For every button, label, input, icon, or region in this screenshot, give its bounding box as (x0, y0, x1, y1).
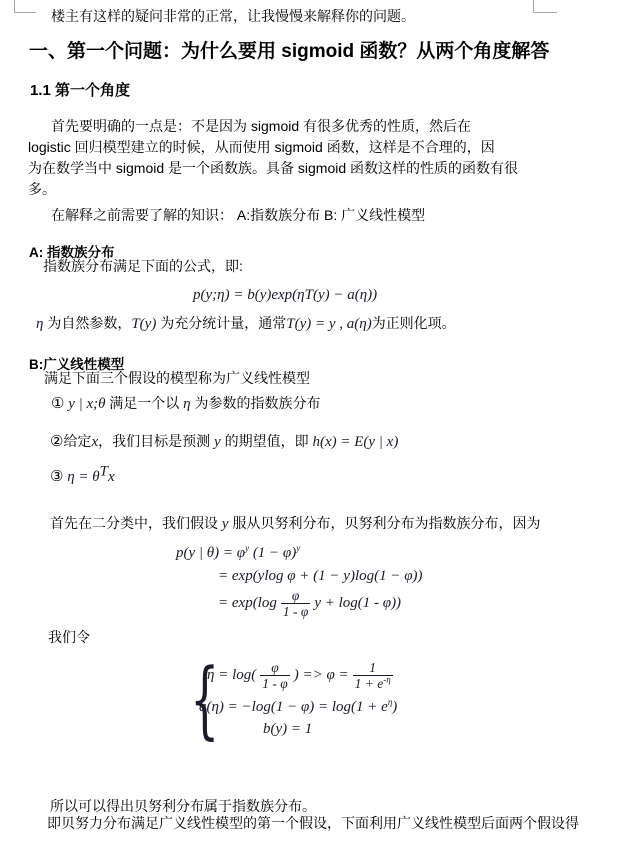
exponential-family-note: η 为自然参数，T(y) 为充分统计量，通常T(y) = y , a(η)为正则… (36, 313, 456, 335)
body-text: 服从贝努利分布，贝努利分布为指数族分布，因为 (229, 515, 541, 531)
math-inline: 1 + e (355, 676, 384, 691)
paragraph-line: 为在数学当中 sigmoid 是一个函数族。具备 sigmoid 函数这样的性质… (28, 158, 518, 179)
math-inline: T(y) (131, 316, 156, 332)
hypothesis-text: 给定 (63, 433, 91, 449)
superscript-neg-eta: -η (383, 675, 390, 685)
subsection-heading: 1.1 第一个角度 (30, 79, 130, 100)
math-inline: η = θ (63, 469, 99, 485)
math-inline: η = log( (207, 667, 256, 684)
math-inline: y (214, 434, 221, 450)
fraction-denominator: 1 - φ (260, 675, 289, 691)
secB-lead: 满足下面三个假设的模型称为广义线性模型 (44, 368, 310, 389)
secA-lead: 指数族分布满足下面的公式，即: (43, 256, 243, 277)
math-inline: y + log(1 - φ)) (314, 595, 401, 612)
fraction-numerator: φ (292, 588, 299, 603)
math-inline: η (183, 396, 190, 412)
section-heading: 一、第一个问题：为什么要用 sigmoid 函数？从两个角度解答 (29, 36, 549, 63)
fraction-numerator: 1 (369, 660, 376, 675)
glm-hypothesis-1: ① y | x;θ 满足一个以 η 为参数的指数族分布 (51, 393, 321, 415)
math-inline: y (222, 516, 229, 532)
math-inline: ) => φ = (294, 667, 349, 684)
document-page: 楼主有这样的疑问非常的正常，让我慢慢来解释你的问题。 一、第一个问题：为什么要用… (0, 0, 632, 841)
bernoulli-intro: 首先在二分类中，我们假设 y 服从贝努利分布，贝努利分布为指数族分布，因为 (50, 513, 540, 535)
note-text: 为充分统计量，通常 (156, 315, 286, 331)
math-inline: a(η) = −log(1 − φ) = log(1 + e (199, 699, 388, 715)
system-eq-line1: η = log( φ1 - φ ) => φ = 11 + e-η (207, 660, 397, 691)
fraction-denominator: 1 - φ (281, 603, 310, 619)
superscript-y: y (296, 543, 300, 553)
fraction-denominator: 1 + e-η (353, 675, 393, 691)
math-inline: h(x) = E(y | x) (312, 434, 398, 450)
math-inline: = exp(log (218, 595, 277, 612)
note-text: 为正则化项。 (372, 315, 456, 331)
hypothesis-text: 为参数的指数族分布 (191, 395, 321, 411)
glm-hypothesis-2: ②给定x，我们目标是预测 y 的期望值，即 h(x) = E(y | x) (50, 431, 398, 453)
fraction: φ1 - φ (258, 660, 291, 691)
fraction: φ1 - φ (279, 588, 312, 619)
math-inline: (1 − φ) (249, 545, 296, 561)
paragraph-line: 多。 (28, 179, 518, 200)
hypothesis-text: 满足一个以 (109, 395, 183, 411)
we-let-line: 我们令 (48, 627, 90, 648)
math-inline: p(y | θ) = φ (176, 545, 245, 561)
conclusion-line2: 即贝努力分布满足广义线性模型的第一个假设，下面利用广义线性模型后面两个假设得 (47, 813, 579, 834)
paragraph-line: 首先要明确的一点是：不是因为 sigmoid 有很多优秀的性质，然后在 (28, 116, 518, 137)
circled-3-icon: ③ (50, 468, 63, 485)
page-margin-mark-top-right (533, 0, 557, 13)
hypothesis-text: 的期望值，即 (221, 433, 313, 449)
exponential-family-formula: p(y;η) = b(y)exp(ηT(y) − a(η)) (193, 287, 377, 304)
hypothesis-text: ，我们目标是预测 (98, 433, 214, 449)
circled-1-icon: ① (51, 395, 64, 412)
paragraph-line: logistic 回归模型建立的时候，从而使用 sigmoid 函数，这样是不合… (28, 137, 518, 158)
system-eq-line2: a(η) = −log(1 − φ) = log(1 + eη) (199, 699, 397, 716)
bernoulli-eq-line2: = exp(ylog φ + (1 − y)log(1 − φ)) (218, 568, 423, 585)
body-text: 首先在二分类中，我们假设 (50, 515, 222, 531)
math-inline: x (108, 469, 115, 485)
prerequisites-line: 在解释之前需要了解的知识： A:指数族分布 B: 广义线性模型 (51, 205, 425, 226)
intro-paragraph: 楼主有这样的疑问非常的正常，让我慢慢来解释你的问题。 (51, 6, 415, 27)
circled-2-icon: ② (50, 433, 63, 450)
note-text: 为自然参数， (43, 315, 131, 331)
page-margin-mark-top-left (14, 0, 36, 13)
math-inline: T(y) = y , a(η) (286, 316, 371, 332)
bernoulli-eq-line1: p(y | θ) = φy (1 − φ)y (176, 545, 300, 562)
superscript-T: T (100, 463, 108, 479)
glm-hypothesis-3: ③ η = θTx (50, 466, 115, 488)
bernoulli-eq-line3: = exp(log φ1 - φ y + log(1 - φ)) (218, 588, 401, 619)
angle1-paragraph: 首先要明确的一点是：不是因为 sigmoid 有很多优秀的性质，然后在 logi… (28, 116, 518, 200)
system-eq-line3: b(y) = 1 (263, 721, 312, 738)
math-inline: ) (392, 699, 397, 715)
fraction-numerator: φ (271, 660, 278, 675)
math-inline: y | x;θ (64, 396, 109, 412)
fraction: 11 + e-η (351, 660, 395, 691)
